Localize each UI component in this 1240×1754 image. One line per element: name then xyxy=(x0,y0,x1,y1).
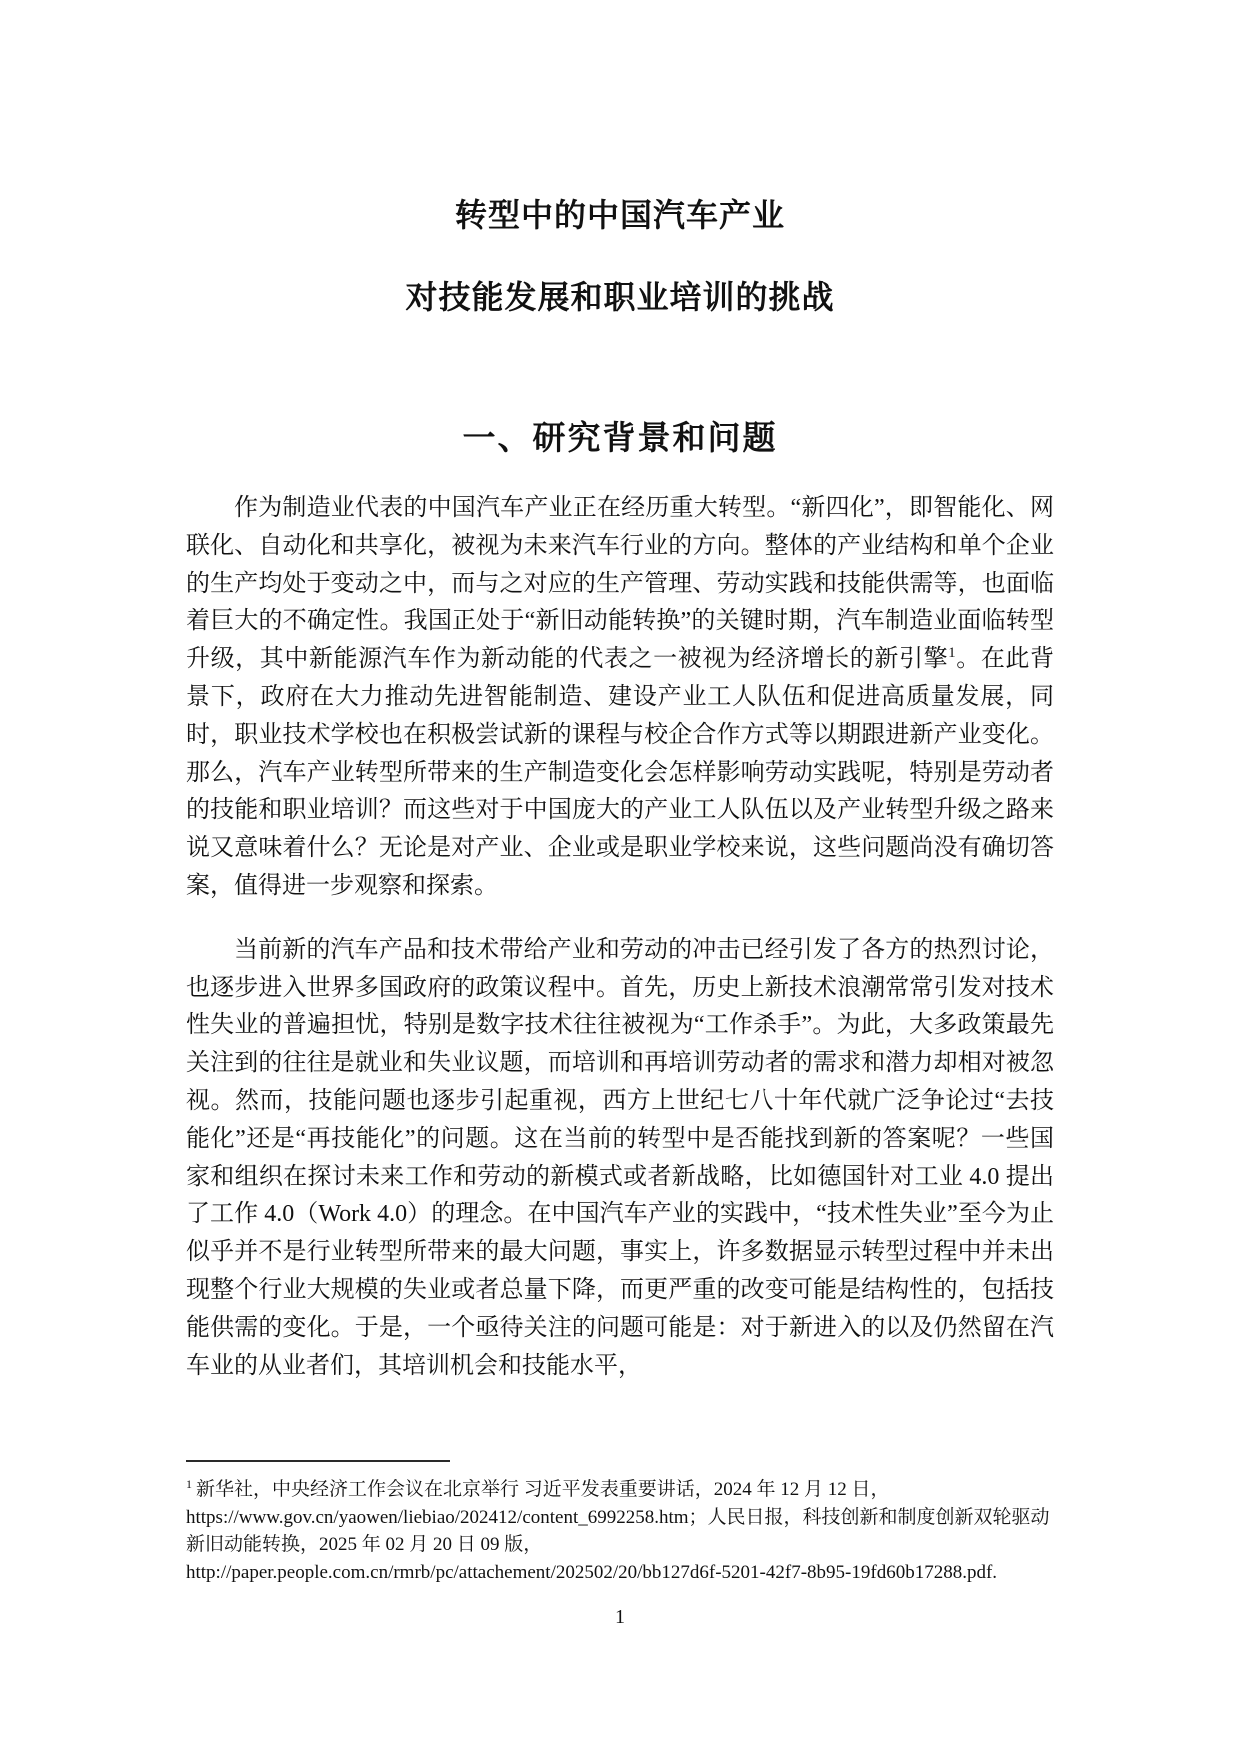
section-heading: 一、研究背景和问题 xyxy=(0,412,1240,459)
footnote-marker: 1 xyxy=(186,1477,192,1491)
footnote-separator xyxy=(186,1460,450,1462)
page-number: 1 xyxy=(0,1606,1240,1629)
footnote-line-2: https://www.gov.cn/yaowen/liebiao/202412… xyxy=(186,1504,1086,1532)
footnote-block: 1新华社，中央经济工作会议在北京举行 习近平发表重要讲话，2024 年 12 月… xyxy=(186,1476,1086,1586)
document-title-line1: 转型中的中国汽车产业 xyxy=(0,190,1240,236)
footnote-line-3: 新旧动能转换，2025 年 02 月 20 日 09 版， xyxy=(186,1531,1086,1559)
paragraph-1-text-after-ref: 。在此背景下，政府在大力推动先进智能制造、建设产业工人队伍和促进高质量发展，同时… xyxy=(186,646,1054,899)
footnote-line-1-text: 新华社，中央经济工作会议在北京举行 习近平发表重要讲话，2024 年 12 月 … xyxy=(196,1479,890,1500)
body-text: 作为制造业代表的中国汽车产业正在经历重大转型。“新四化”，即智能化、网联化、自动… xyxy=(186,490,1054,1385)
paragraph-1-text-before-ref: 作为制造业代表的中国汽车产业正在经历重大转型。“新四化”，即智能化、网联化、自动… xyxy=(186,495,1054,672)
footnote-line-1: 1新华社，中央经济工作会议在北京举行 习近平发表重要讲话，2024 年 12 月… xyxy=(186,1476,1086,1504)
document-title-line2: 对技能发展和职业培训的挑战 xyxy=(0,272,1240,318)
paragraph-1: 作为制造业代表的中国汽车产业正在经历重大转型。“新四化”，即智能化、网联化、自动… xyxy=(186,490,1054,906)
document-page: 转型中的中国汽车产业 对技能发展和职业培训的挑战 一、研究背景和问题 作为制造业… xyxy=(0,0,1240,1754)
paragraph-2: 当前新的汽车产品和技术带给产业和劳动的冲击已经引发了各方的热烈讨论，也逐步进入世… xyxy=(186,932,1054,1386)
footnote-reference-1: 1 xyxy=(948,645,956,661)
footnote-line-4: http://paper.people.com.cn/rmrb/pc/attac… xyxy=(186,1559,1086,1587)
